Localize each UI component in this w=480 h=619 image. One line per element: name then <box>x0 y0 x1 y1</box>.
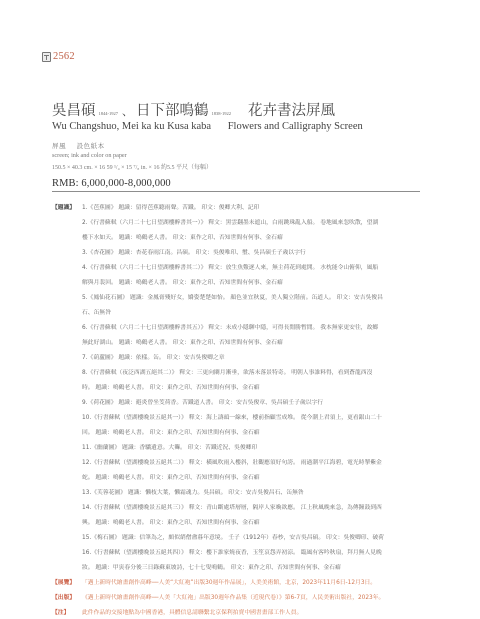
inscription-line: 回。 題識：鳴鶴老人書。 印文：東作之印、否知世間有何事、金石癖 <box>82 426 430 441</box>
artist-separator: 、 <box>122 103 133 119</box>
inscription-line: 12.《行書蘇軾（望湖樓晚景五絕其二）》 釋文：橫風吹雨入樓斜，壯觀應須好句誇。… <box>82 456 430 471</box>
inscription-line: 14.《行書蘇軾（望湖樓晚景五絕其三）》 釋文：青山斷處塔層層，隔岸人家喚欲應。… <box>82 501 430 516</box>
note-text: 此件作品的交接地點為中國香港，具體信息請聯繫北京保利拍賣中國書畫部工作人員。 <box>82 606 430 619</box>
inscription-line: 石、缶無咎 <box>82 306 430 321</box>
lot-seal-icon <box>42 52 51 62</box>
inscription-line: 9.《荷花圖》 題識：避炎曾坐芰荷香。苦鐵道人書。 印文：安吉吳俊章、吳昌碩壬子… <box>82 396 430 411</box>
dimensions: 150.5 × 40.3 cm. × 16 59 ¹/₄ × 15 ⁷/₈ in… <box>52 162 212 171</box>
inscription-line: 15.《梅石圖》 題識：信筆為之，頗似綃僧盦暮年意境。 壬子（1912年）春杪，… <box>82 531 430 546</box>
inscription-line: 蛇。 題識：鳴鶴老人書。 印文：東作之印、否知世間有何事、金石癖 <box>82 471 430 486</box>
inscription-tag: 【題識】 <box>52 201 82 576</box>
inscription-line: 10.《行書蘇軾（望湖樓晚景五絕其一）》 釋文：海上濤頭一線來，樓前指顧雪成堆。… <box>82 411 430 426</box>
work-title-english: Flowers and Calligraphy Screen <box>228 121 363 132</box>
medium-chinese: 屏風 設色紙本 <box>52 141 105 150</box>
artist1-dates: 1844-1927 <box>99 111 119 116</box>
work-title: 花卉書法屏風 <box>248 99 335 120</box>
inscription-section: 【題識】 1.《芭蕉圖》 題識：留得芭蕉聽雨聲。苦鐵。 印文：俊卿大利、記印 2… <box>52 201 430 576</box>
inscription-line: 興。 題識：鳴鶴老人書。 印文：東作之印、否知世間有何事、金石癖 <box>82 516 430 531</box>
inscription-line: 樓下水如天。 題識：鳴鶴老人書。 印文：東作之印、否知世間有何事、金石癖 <box>82 231 430 246</box>
exhibition-tag: 【展覽】 <box>52 576 82 591</box>
inscription-line: 1.《芭蕉圖》 題識：留得芭蕉聽雨聲。苦鐵。 印文：俊卿大利、記印 <box>82 201 430 216</box>
artist2-dates: 1838-1922 <box>212 111 232 116</box>
inscription-line: 無此好湖山。 題識：鳴鶴老人書。 印文：東作之印、否知世間有何事、金石癖 <box>82 336 430 351</box>
medium-chinese-text: 設色紙本 <box>77 142 105 150</box>
medium-english: screen; ink and color on paper <box>52 152 127 159</box>
estimate: RMB: 6,000,000-8,000,000 <box>52 178 171 189</box>
publication-tag: 【出版】 <box>52 591 82 606</box>
format-chinese: 屏風 <box>52 142 66 150</box>
divider <box>52 191 420 192</box>
title-english: Wu Changshuo, Mei ka ku Kusa kaba Flower… <box>52 121 363 132</box>
inscription-line: 11.《幽蘭圖》 題識：香驕遺意。大聾。 印文：苦鐵近況、吳俊卿印 <box>82 441 430 456</box>
inscription-line: 13.《芙蓉花圖》 題識：懶枝大葉，懶霜魂力。吳昌碩。 印文：安吉吳俊昌石、缶無… <box>82 486 430 501</box>
lot-number: 2562 <box>42 51 75 62</box>
artist2-name: 日下部鳴鶴 <box>136 99 209 120</box>
title-chinese: 吳昌碩 1844-1927 、 日下部鳴鶴 1838-1922 花卉書法屏風 <box>52 99 335 120</box>
lot-number-text: 2562 <box>53 51 75 62</box>
inscription-line: 2.《行書蘇軾（六月二十七日望湖樓醉書其一）》 釋文：黑雲翻墨未遮山，白雨跳珠亂… <box>82 216 430 231</box>
note-tag: 【注】 <box>52 606 82 619</box>
inscription-line: 妝。 題識：甲寅春分後三日錄蘇東坡詩，七十七叟鳴鶴。 印文：東作之印、否知世間有… <box>82 561 430 576</box>
inscription-line: 6.《行書蘇軾（六月二十七日望湖樓醉書其五）》 釋文：未成小隱聊中隱，可得長閒勝… <box>82 321 430 336</box>
publication-text: 《邁上新時代繪畫創作高峰──人美「大紅袍」出版30週年作品集（近現代卷）》第6-… <box>82 591 430 606</box>
inscription-line: 8.《行書蘇軾（夜泛西湖五絕其二）》 釋文：三更向闌月漸垂，欲落未落景特奇。 明… <box>82 366 430 381</box>
publication-section: 【出版】 《邁上新時代繪畫創作高峰──人美「大紅袍」出版30週年作品集（近現代卷… <box>52 591 430 606</box>
inscription-line: 3.《杏花圖》 題識：杏花春雨江南。昌碩。 印文：吳俊唯印、璽、吳昌碩壬子歲以字… <box>82 246 430 261</box>
inscription-line: 5.《鳳仙花石圖》 題識：金鳳膏殘好女，嬌姿楚楚如怡。 顏色並宜秋夏，美人獨立階… <box>82 291 430 306</box>
inscription-line: 時。 題識：鳴鶴老人書。 印文：東作之印、否知世間有何事、金石癖 <box>82 381 430 396</box>
catalog-notes: 【題識】 1.《芭蕉圖》 題識：留得芭蕉聽雨聲。苦鐵。 印文：俊卿大利、記印 2… <box>52 201 430 619</box>
artist1-name: 吳昌碩 <box>52 99 96 120</box>
inscription-line: 7.《葫蘆圖》 題識：依樣。缶。 印文：安吉吳俊卿之章 <box>82 351 430 366</box>
inscription-line: 解與月裴回。 題識：鳴鶴老人書。 印文：東作之印、否知世間有何事、金石癖 <box>82 276 430 291</box>
inscription-line: 4.《行書蘇軾（六月二十七日望湖樓醉書其二）》 釋文：放生魚鱉逐人來，無主荷花到… <box>82 261 430 276</box>
exhibition-text: 「邁上新時代繪畫創作高峰──人美“大紅袍”出版30週年作品展」，人美美術館，北京… <box>82 576 430 591</box>
inscription-line: 16.《行書蘇軾（望湖樓晚景五絕其四）》 釋文：樓下誰家燒夜香，玉笙哀怨弄初涼。… <box>82 546 430 561</box>
note-section: 【注】 此件作品的交接地點為中國香港，具體信息請聯繫北京保利拍賣中國書畫部工作人… <box>52 606 430 619</box>
exhibition-section: 【展覽】 「邁上新時代繪畫創作高峰──人美“大紅袍”出版30週年作品展」，人美美… <box>52 576 430 591</box>
artists-english: Wu Changshuo, Mei ka ku Kusa kaba <box>52 121 211 132</box>
